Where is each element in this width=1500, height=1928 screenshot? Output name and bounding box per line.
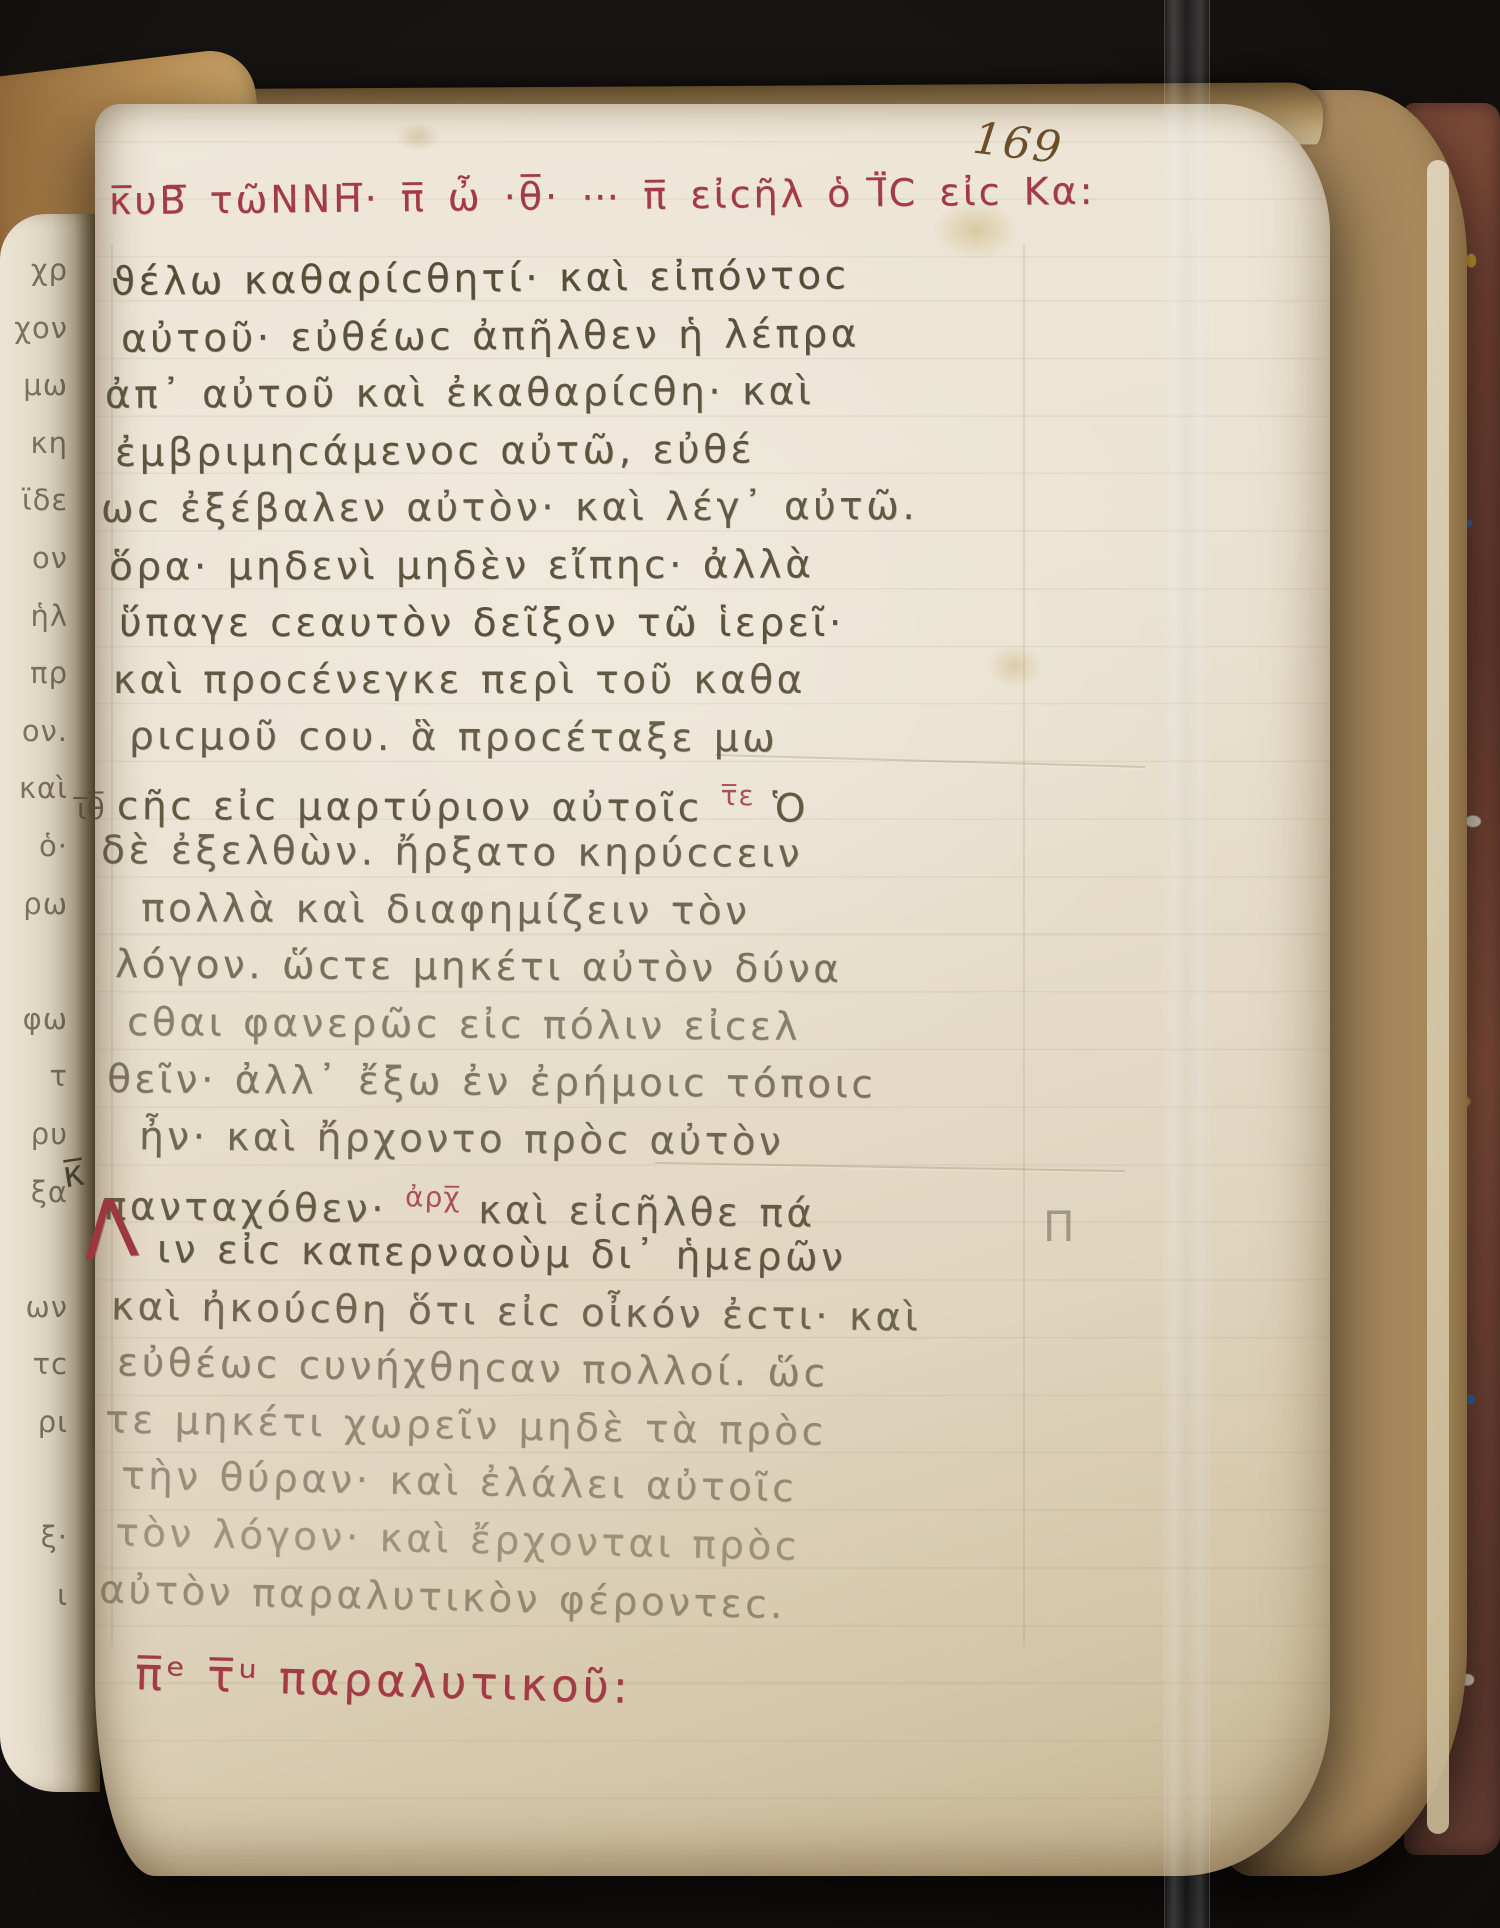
facing-page-text-fragment: [0, 1451, 100, 1509]
rubric-mark: ἀρχ̅: [405, 1180, 461, 1214]
facing-page-text-fragment: χρ: [0, 242, 100, 300]
margin-section-number: ι̅θ̅: [77, 792, 105, 826]
text-line: δὲ ἐξελθὼν. ἤρξατο κηρύϲϲειν: [101, 825, 1201, 888]
text-segment: ἐμβριμηϲάμενοϲ αὐτῶ, εὐθέ: [115, 427, 755, 475]
text-line: αὐτοῦ· εὐθέωϲ ἀπῆλθεν ἡ λέπρα: [121, 306, 1221, 371]
folio-number: 169: [970, 113, 1066, 175]
red-initial-letter: Λ: [80, 1188, 140, 1272]
text-segment: λόγον. ὥϲτε μηκέτι αὐτὸν δύνα: [115, 942, 843, 992]
facing-page-text-fragment: τ: [0, 1048, 100, 1106]
text-segment: ὕπαγε ϲεαυτὸν δεῖξον τῶ ἱερεῖ·: [119, 601, 845, 646]
text-line: λόγον. ὥϲτε μηκέτι αὐτὸν δύνα: [115, 939, 1215, 1004]
facing-page-text-fragment: ϊδε: [0, 472, 100, 530]
facing-page-text-fragment: ρυ: [0, 1106, 100, 1164]
facing-page-text-fragment: ων: [0, 1279, 100, 1337]
text-line: ωϲ ἐξέβαλεν αὐτὸν· καὶ λέγ᾽ αὐτῶ.: [101, 480, 1201, 541]
facing-page-text-fragment: ον: [0, 530, 100, 588]
text-line: καὶ προϲένεγκε περὶ τοῦ καθα: [113, 655, 1213, 713]
text-segment: πολλὰ καὶ διαφημίζειν τὸν: [141, 886, 751, 934]
conservation-strap: [1164, 0, 1210, 1928]
facing-page-text-fragment: ξ·: [0, 1509, 100, 1567]
text-segment: ϲῆϲ εἰϲ μαρτύριον αὐτοῖϲ: [117, 784, 721, 831]
facing-page-text-fragment: [0, 933, 100, 991]
text-line: ριϲμοῦ ϲου. ἃ προϲέταξε μω: [129, 711, 1229, 772]
text-segment: τε μηκέτι χωρεῖν μηδὲ τὰ πρὸϲ: [105, 1397, 827, 1455]
facing-page-text-fragment: ρι: [0, 1394, 100, 1452]
facing-page-text-fragment: ρω: [0, 876, 100, 934]
text-segment: τὴν θύραν· καὶ ἐλάλει αὐτοῖϲ: [121, 1454, 798, 1512]
text-segment: θεῖν· ἀλλ᾽ ἔξω ἐν ἐρήμοιϲ τόποιϲ: [107, 1057, 877, 1107]
text-line: ἀπ᾽ αὐτοῦ καὶ ἐκαθαρίϲθη· καὶ: [105, 364, 1205, 427]
facing-page-text-fragment: ἡλ: [0, 588, 100, 646]
text-segment: ριϲμοῦ ϲου. ἃ προϲέταξε μω: [129, 714, 778, 761]
text-line: ϲθαι φανερῶϲ εἰϲ πόλιν εἰϲελ: [127, 997, 1227, 1062]
margin-pencil-mark: Π: [1043, 1202, 1075, 1251]
facing-page-text-fragment: πρ: [0, 645, 100, 703]
facing-page-sliver: χρχονμωκηϊδεονἡλπρον.καὶὁ·ρωφωτρυξαωντϲρ…: [0, 214, 100, 1792]
text-segment: τὸν λόγον· καὶ ἔρχονται πρὸϲ: [115, 1511, 800, 1570]
facing-page-text-fragment: ὁ·: [0, 818, 100, 876]
text-segment: ὅρα· μηδενὶ μηδὲν εἴπηϲ· ἀλλὰ: [109, 542, 815, 589]
facing-page-text-fragment: ι: [0, 1567, 100, 1625]
rubric-mark: τ̅ε: [721, 780, 755, 813]
facing-page-text-fragment: τϲ: [0, 1336, 100, 1394]
text-segment: ιν εἰϲ καπερναοὺμ δι᾽ ἡμερῶν: [157, 1227, 847, 1280]
facing-page-text-fragment: χον: [0, 300, 100, 358]
manuscript-page: 169 κ̅υΒ̅ τῶΝΝΗ̅· π̅ ὦ ·θ̅· ⋯ π̅ εἰϲῆλ ὁ…: [95, 104, 1330, 1876]
text-line: θεῖν· ἀλλ᾽ ἔξω ἐν ἐρήμοιϲ τόποιϲ: [107, 1054, 1207, 1119]
facing-page-text-fragment: κη: [0, 415, 100, 473]
facing-page-text-fragment: μω: [0, 357, 100, 415]
text-segment: καὶ προϲένεγκε περὶ τοῦ καθα: [113, 658, 806, 703]
text-segment: ϑέλω καθαρίϲθητί· καὶ εἰπόντοϲ: [111, 253, 850, 304]
text-segment: Ὁ: [754, 787, 809, 832]
text-segment: ωϲ ἐξέβαλεν αὐτὸν· καὶ λέγ᾽ αὐτῶ.: [101, 484, 918, 532]
text-line: πολλὰ καὶ διαφημίζειν τὸν: [141, 883, 1241, 946]
text-segment: δὲ ἐξελθὼν. ἤρξατο κηρύϲϲειν: [101, 828, 803, 877]
text-line: ἐμβριμηϲάμενοϲ αὐτῶ, εὐθέ: [115, 422, 1215, 485]
text-block: ϑέλω καθαρίϲθητί· καὶ εἰπόντοϲαὐτοῦ· εὐθ…: [111, 252, 1211, 1634]
text-line: ἦν· καὶ ἤρχοντο πρὸϲ αὐτὸν: [139, 1111, 1239, 1178]
text-segment: ἦν· καὶ ἤρχοντο πρὸϲ αὐτὸν: [139, 1114, 785, 1165]
facing-page-text-fragment: φω: [0, 991, 100, 1049]
text-segment: εὐθέωϲ ϲυνήχθηϲαν πολλοί. ὥϲ: [117, 1341, 829, 1397]
text-segment: αὐτοῦ· εὐθέωϲ ἀπῆλθεν ἡ λέπρα: [121, 311, 860, 361]
text-line: ϲῆϲ εἰϲ μαρτύριον αὐτοῖϲ τ̅ε Ὁ: [117, 768, 1217, 829]
manuscript-photo: χρχονμωκηϊδεονἡλπρον.καὶὁ·ρωφωτρυξαωντϲρ…: [0, 0, 1500, 1928]
text-line: ὕπαγε ϲεαυτὸν δεῖξον τῶ ἱερεῖ·: [119, 598, 1219, 656]
text-line: ϑέλω καθαρίϲθητί· καὶ εἰπόντοϲ: [111, 247, 1211, 314]
text-segment: καὶ ἠκούϲθη ὅτι εἰϲ οἶκόν ἐϲτι· καὶ: [111, 1284, 922, 1340]
text-segment: ϲθαι φανερῶϲ εἰϲ πόλιν εἰϲελ: [127, 1000, 801, 1050]
facing-page-text-fragment: ον.: [0, 703, 100, 761]
text-line: ὅρα· μηδενὶ μηδὲν εἴπηϲ· ἀλλὰ: [109, 538, 1209, 599]
text-segment: ἀπ᾽ αὐτοῦ καὶ ἐκαθαρίϲθη· καὶ: [105, 369, 815, 418]
